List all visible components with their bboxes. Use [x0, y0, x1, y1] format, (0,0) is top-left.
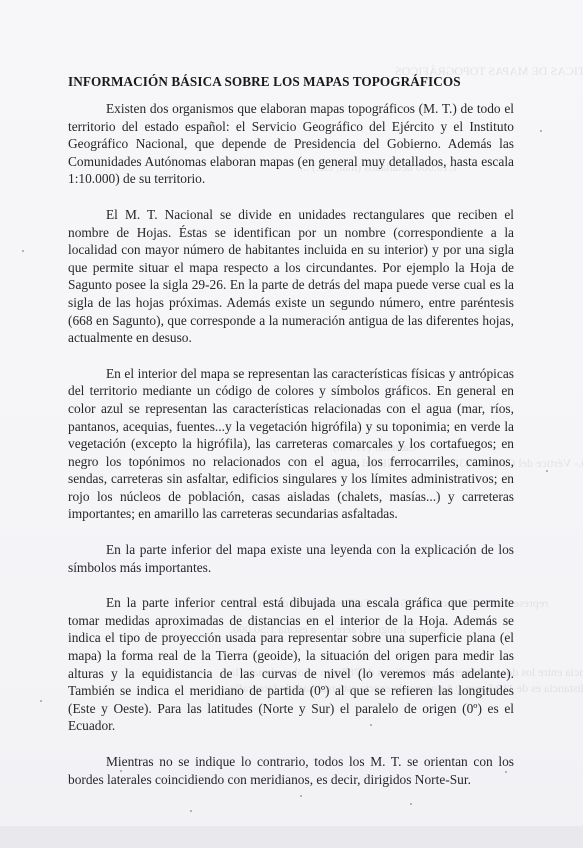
paragraph-leyenda: En la parte inferior del mapa existe una…: [68, 541, 514, 576]
scan-speck: [22, 250, 24, 252]
scanned-page: PRÁCTICAS DE MAPAS TOPOGRÁFICOS 1:10.000…: [0, 0, 583, 828]
paragraph-organismos: Existen dos organismos que elaboran mapa…: [68, 100, 514, 188]
scan-speck: [540, 130, 542, 132]
scan-speck: [300, 795, 302, 797]
scan-speck: [190, 810, 192, 812]
scan-speck: [370, 724, 372, 726]
scan-speck: [505, 771, 507, 773]
paragraph-hojas: El M. T. Nacional se divide en unidades …: [68, 206, 514, 347]
scan-bottom-edge: [0, 826, 583, 848]
document-title: INFORMACIÓN BÁSICA SOBRE LOS MAPAS TOPOG…: [68, 74, 514, 90]
scan-speck: [546, 470, 548, 472]
scan-speck: [40, 700, 42, 702]
paragraph-colores-simbolos: En el interior del mapa se representan l…: [68, 365, 514, 523]
paragraph-orientacion: Mientras no se indique lo contrario, tod…: [68, 753, 514, 788]
paragraph-escala-proyeccion: En la parte inferior central está dibuja…: [68, 594, 514, 735]
scan-speck: [410, 803, 412, 805]
document-body: INFORMACIÓN BÁSICA SOBRE LOS MAPAS TOPOG…: [68, 74, 514, 806]
scan-speck: [120, 770, 122, 772]
